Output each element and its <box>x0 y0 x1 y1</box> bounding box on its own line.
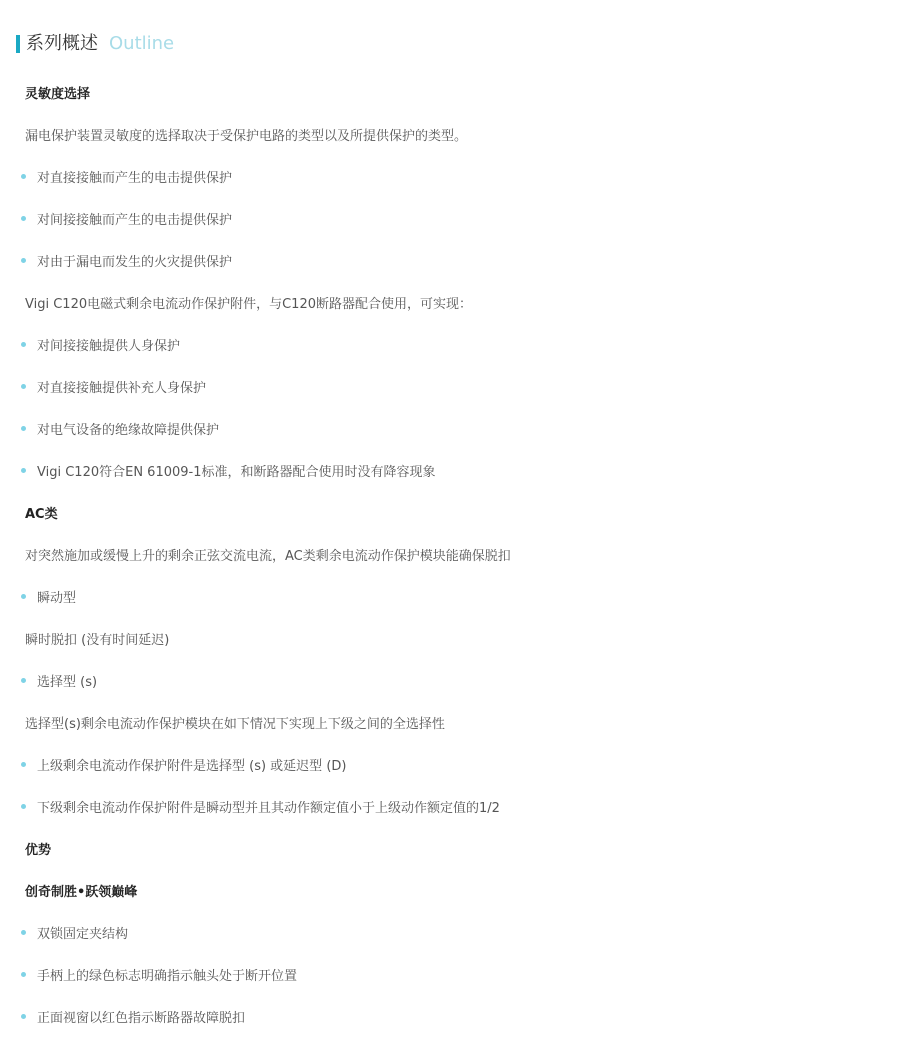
list-item: 下级剩余电流动作保护附件是瞬动型并且其动作额定值小于上级动作额定值的1/2 <box>0 785 900 827</box>
bullet-dot-icon <box>21 804 26 809</box>
list-item: 对电气设备的绝缘故障提供保护 <box>0 407 900 449</box>
section-title-cn: 系列概述 <box>26 33 98 55</box>
list-item: 上级剩余电流动作保护附件是选择型 (s) 或延迟型 (D) <box>0 743 900 785</box>
heading-advantages: 优势 <box>0 827 900 869</box>
bullet-dot-icon <box>21 216 26 221</box>
section-header: 系列概述 Outline <box>16 33 174 55</box>
list-item-text: 对直接接触而产生的电击提供保护 <box>37 167 232 186</box>
bullet-dot-icon <box>21 342 26 347</box>
paragraph-text: 选择型(s)剩余电流动作保护模块在如下情况下实现上下级之间的全选择性 <box>25 713 445 732</box>
list-item-text: 对间接接触提供人身保护 <box>37 335 180 354</box>
list-item-text: 对由于漏电而发生的火灾提供保护 <box>37 251 232 270</box>
outline-content: 灵敏度选择 漏电保护装置灵敏度的选择取决于受保护电路的类型以及所提供保护的类型。… <box>0 71 900 1037</box>
paragraph: 对突然施加或缓慢上升的剩余正弦交流电流，AC类剩余电流动作保护模块能确保脱扣 <box>0 533 900 575</box>
bullet-dot-icon <box>21 384 26 389</box>
list-item: 选择型 (s) <box>0 659 900 701</box>
paragraph-text: 对突然施加或缓慢上升的剩余正弦交流电流，AC类剩余电流动作保护模块能确保脱扣 <box>25 545 511 564</box>
list-item-text: 正面视窗以红色指示断路器故障脱扣 <box>37 1007 245 1026</box>
list-item-text: 上级剩余电流动作保护附件是选择型 (s) 或延迟型 (D) <box>37 755 346 774</box>
accent-bar <box>16 35 20 53</box>
paragraph: Vigi C120电磁式剩余电流动作保护附件，与C120断路器配合使用，可实现： <box>0 281 900 323</box>
bullet-dot-icon <box>21 678 26 683</box>
list-item-text: 选择型 (s) <box>37 671 97 690</box>
list-item-text: 手柄上的绿色标志明确指示触头处于断开位置 <box>37 965 297 984</box>
list-item: 瞬动型 <box>0 575 900 617</box>
list-item-text: 下级剩余电流动作保护附件是瞬动型并且其动作额定值小于上级动作额定值的1/2 <box>37 797 500 816</box>
heading-text: 优势 <box>25 839 51 858</box>
list-item-text: 瞬动型 <box>37 587 76 606</box>
paragraph: 瞬时脱扣 (没有时间延迟) <box>0 617 900 659</box>
list-item: 手柄上的绿色标志明确指示触头处于断开位置 <box>0 953 900 995</box>
list-item: 对直接接触而产生的电击提供保护 <box>0 155 900 197</box>
bullet-dot-icon <box>21 426 26 431</box>
list-item: 对由于漏电而发生的火灾提供保护 <box>0 239 900 281</box>
bullet-dot-icon <box>21 594 26 599</box>
bullet-dot-icon <box>21 762 26 767</box>
list-item: 对直接接触提供补充人身保护 <box>0 365 900 407</box>
bullet-dot-icon <box>21 258 26 263</box>
paragraph: 选择型(s)剩余电流动作保护模块在如下情况下实现上下级之间的全选择性 <box>0 701 900 743</box>
bullet-dot-icon <box>21 468 26 473</box>
heading-text: 创奇制胜•跃领巅峰 <box>25 881 137 900</box>
list-item-text: 对电气设备的绝缘故障提供保护 <box>37 419 219 438</box>
paragraph-text: 瞬时脱扣 (没有时间延迟) <box>25 629 169 648</box>
list-item: 对间接接触提供人身保护 <box>0 323 900 365</box>
list-item: 正面视窗以红色指示断路器故障脱扣 <box>0 995 900 1037</box>
paragraph-text: Vigi C120电磁式剩余电流动作保护附件，与C120断路器配合使用，可实现： <box>25 293 472 312</box>
heading-slogan: 创奇制胜•跃领巅峰 <box>0 869 900 911</box>
bullet-dot-icon <box>21 1014 26 1019</box>
paragraph-text: 漏电保护装置灵敏度的选择取决于受保护电路的类型以及所提供保护的类型。 <box>25 125 467 144</box>
paragraph: 漏电保护装置灵敏度的选择取决于受保护电路的类型以及所提供保护的类型。 <box>0 113 900 155</box>
list-item-text: Vigi C120符合EN 61009-1标准，和断路器配合使用时没有降容现象 <box>37 461 436 480</box>
list-item-text: 对直接接触提供补充人身保护 <box>37 377 206 396</box>
heading-sensitivity: 灵敏度选择 <box>0 71 900 113</box>
bullet-dot-icon <box>21 930 26 935</box>
list-item-text: 对间接接触而产生的电击提供保护 <box>37 209 232 228</box>
list-item: 双锁固定夹结构 <box>0 911 900 953</box>
section-title-en: Outline <box>109 33 174 55</box>
list-item-text: 双锁固定夹结构 <box>37 923 128 942</box>
heading-ac-class: AC类 <box>0 491 900 533</box>
bullet-dot-icon <box>21 174 26 179</box>
bullet-dot-icon <box>21 972 26 977</box>
list-item: Vigi C120符合EN 61009-1标准，和断路器配合使用时没有降容现象 <box>0 449 900 491</box>
heading-text: 灵敏度选择 <box>25 83 90 102</box>
list-item: 对间接接触而产生的电击提供保护 <box>0 197 900 239</box>
heading-text: AC类 <box>25 503 58 522</box>
